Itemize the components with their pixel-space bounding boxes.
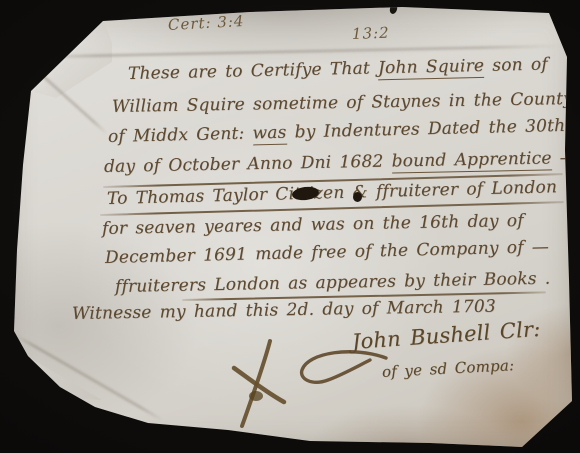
paper-edge-shading: [0, 0, 580, 453]
document-paper: Cert: 3:4 13:2 These are to Certifye Tha…: [0, 0, 580, 453]
photo-background: Cert: 3:4 13:2 These are to Certifye Tha…: [0, 0, 580, 453]
